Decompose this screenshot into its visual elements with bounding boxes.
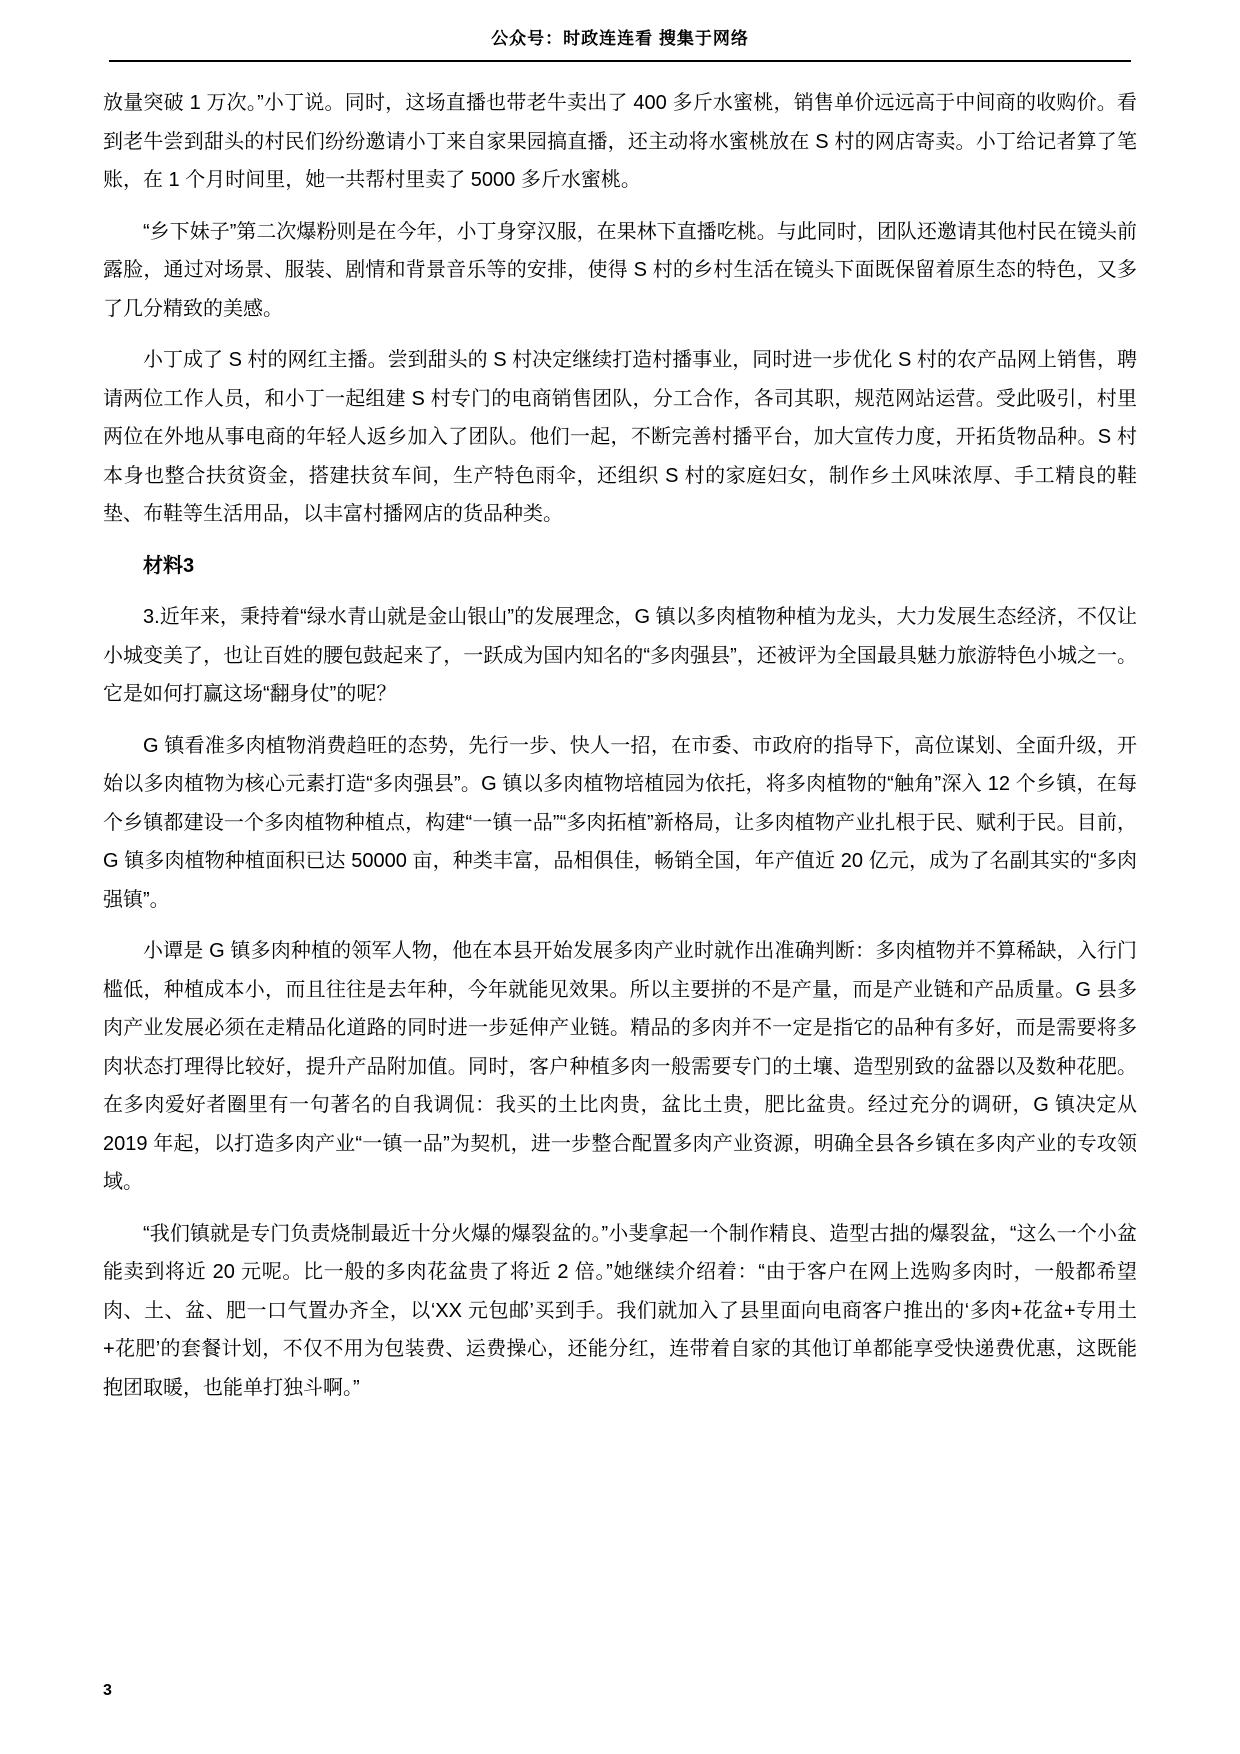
section-heading-material-3: 材料3 [103,547,1137,586]
page-header-title: 公众号：时政连连看 搜集于网络 [103,26,1137,52]
page-number: 3 [103,1682,112,1700]
document-page: 公众号：时政连连看 搜集于网络 放量突破 1 万次。”小丁说。同时，这场直播也带… [0,0,1240,1754]
paragraph: 小丁成了 S 村的网红主播。尝到甜头的 S 村决定继续打造村播事业，同时进一步优… [103,341,1137,534]
paragraph-continuation: 放量突破 1 万次。”小丁说。同时，这场直播也带老牛卖出了 400 多斤水蜜桃，… [103,84,1137,200]
paragraph: 3.近年来，秉持着“绿水青山就是金山银山”的发展理念，G 镇以多肉植物种植为龙头… [103,598,1137,714]
paragraph: 小谭是 G 镇多肉种植的领军人物，他在本县开始发展多肉产业时就作出准确判断：多肉… [103,932,1137,1202]
document-body: 放量突破 1 万次。”小丁说。同时，这场直播也带老牛卖出了 400 多斤水蜜桃，… [103,84,1137,1407]
header-divider [109,60,1131,62]
paragraph: “我们镇就是专门负责烧制最近十分火爆的爆裂盆的。”小斐拿起一个制作精良、造型古拙… [103,1215,1137,1408]
paragraph: G 镇看准多肉植物消费趋旺的态势，先行一步、快人一招，在市委、市政府的指导下，高… [103,727,1137,920]
paragraph: “乡下妹子”第二次爆粉则是在今年，小丁身穿汉服，在果林下直播吃桃。与此同时，团队… [103,213,1137,329]
